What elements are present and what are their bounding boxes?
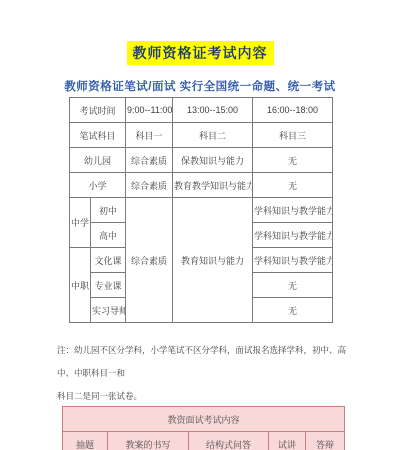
junior-middle-subject-3: 学科知识与教学能力 — [253, 198, 333, 223]
page-subtitle: 教师资格证笔试/面试 实行全国统一命题、统一考试 — [0, 78, 400, 94]
interview-steps-row: 抽题 教案的书写 结构式问答 试讲 答辩 — [63, 432, 345, 450]
primary-subject-3: 无 — [253, 173, 333, 198]
merged-subject-1: 综合素质 — [126, 198, 173, 323]
footnote-line-2: 科目二是同一张试卷。 — [57, 385, 362, 408]
junior-middle-row: 中学 初中 综合素质 教育知识与能力 学科知识与教学能力 — [70, 198, 333, 223]
exam-subject-row: 笔试科目 科目一 科目二 科目三 — [70, 123, 333, 148]
exam-subject-label: 笔试科目 — [70, 123, 126, 148]
exam-subject-3: 科目三 — [253, 123, 333, 148]
vocational-internship-subject-3: 无 — [253, 298, 333, 323]
interview-step-defense: 答辩 — [306, 432, 345, 450]
exam-time-slot-3: 16:00--18:00 — [253, 98, 333, 123]
interview-title-row: 教资面试考试内容 — [63, 407, 345, 432]
kindergarten-subject-3: 无 — [253, 148, 333, 173]
secondary-group-label: 中学 — [70, 198, 91, 248]
page-title-row: 教师资格证考试内容 — [0, 41, 400, 65]
vocational-internship-label: 实习导师 — [91, 298, 126, 323]
exam-time-slot-2: 13:00--15:00 — [173, 98, 253, 123]
interview-step-structured-qa: 结构式问答 — [189, 432, 269, 450]
interview-exam-table: 教资面试考试内容 抽题 教案的书写 结构式问答 试讲 答辩 — [62, 406, 345, 450]
page-title: 教师资格证考试内容 — [127, 41, 274, 65]
exam-time-row: 考试时间 9:00--11:00 13:00--15:00 16:00--18:… — [70, 98, 333, 123]
primary-subject-1: 综合素质 — [126, 173, 173, 198]
vocational-group-label: 中职 — [70, 248, 91, 323]
document-page: 教师资格证考试内容 教师资格证笔试/面试 实行全国统一命题、统一考试 考试时间 … — [0, 0, 400, 450]
kindergarten-label: 幼儿园 — [70, 148, 126, 173]
exam-subject-2: 科目二 — [173, 123, 253, 148]
senior-middle-subject-3: 学科知识与教学能力 — [253, 223, 333, 248]
exam-time-label: 考试时间 — [70, 98, 126, 123]
kindergarten-row: 幼儿园 综合素质 保教知识与能力 无 — [70, 148, 333, 173]
merged-subject-2: 教育知识与能力 — [173, 198, 253, 323]
primary-school-row: 小学 综合素质 教育教学知识与能力 无 — [70, 173, 333, 198]
exam-subject-1: 科目一 — [126, 123, 173, 148]
written-exam-table: 考试时间 9:00--11:00 13:00--15:00 16:00--18:… — [69, 97, 333, 323]
kindergarten-subject-1: 综合素质 — [126, 148, 173, 173]
interview-step-draw-question: 抽题 — [63, 432, 108, 450]
interview-table-title: 教资面试考试内容 — [63, 407, 345, 432]
footnote-line-1: 注：幼儿园不区分学科，小学笔试不区分学科，面试报名选择学科，初中、高中、中职科目… — [57, 339, 362, 385]
senior-middle-label: 高中 — [91, 223, 126, 248]
vocational-culture-subject-3: 学科知识与教学能力 — [253, 248, 333, 273]
vocational-culture-label: 文化课 — [91, 248, 126, 273]
junior-middle-label: 初中 — [91, 198, 126, 223]
primary-subject-2: 教育教学知识与能力 — [173, 173, 253, 198]
kindergarten-subject-2: 保教知识与能力 — [173, 148, 253, 173]
exam-time-slot-1: 9:00--11:00 — [126, 98, 173, 123]
vocational-major-subject-3: 无 — [253, 273, 333, 298]
interview-step-lesson-plan: 教案的书写 — [108, 432, 189, 450]
footnote: 注：幼儿园不区分学科，小学笔试不区分学科，面试报名选择学科，初中、高中、中职科目… — [57, 339, 362, 408]
interview-step-trial-lecture: 试讲 — [269, 432, 306, 450]
primary-school-label: 小学 — [70, 173, 126, 198]
vocational-major-label: 专业课 — [91, 273, 126, 298]
